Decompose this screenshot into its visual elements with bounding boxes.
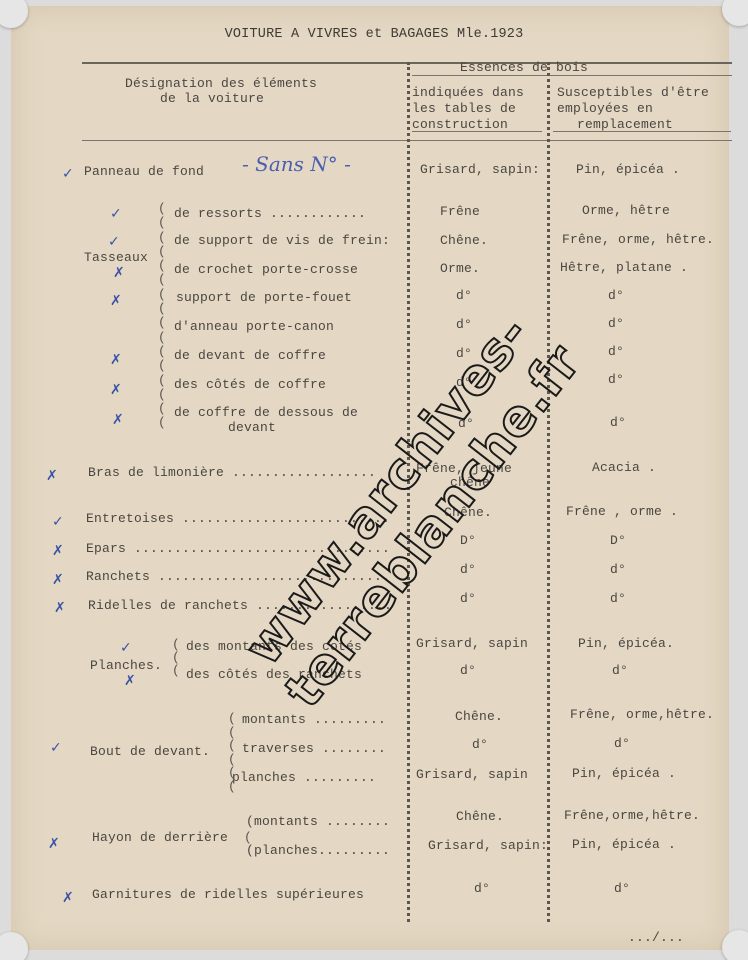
row-c3: Frêne , orme . xyxy=(566,504,678,519)
row-label: Panneau de fond xyxy=(84,164,204,179)
row-label: des côtés de coffre xyxy=(174,377,326,392)
x-mark: ✗ xyxy=(48,836,60,852)
row-c3: Pin, épicéa. xyxy=(578,636,674,651)
row-c3: Pin, épicéa . xyxy=(576,162,680,177)
row-c2: d° xyxy=(456,317,472,332)
row-label: Bras de limonière .................. xyxy=(88,465,376,480)
row-label: d'anneau porte-canon xyxy=(174,319,334,334)
row-c2: d° xyxy=(460,562,476,577)
row-c2: Grisard, sapin: xyxy=(420,162,540,177)
row-c2: Orme. xyxy=(440,261,480,276)
row-label: (planches......... xyxy=(246,843,390,858)
header-col3-line1: Susceptibles d'être xyxy=(557,85,709,100)
x-mark: ✗ xyxy=(110,293,122,309)
row-c3: Pin, épicéa . xyxy=(572,766,676,781)
row-c3: Frêne, orme,hêtre. xyxy=(570,707,714,722)
row-c3: Pin, épicéa . xyxy=(572,837,676,852)
row-c3: Frêne,orme,hêtre. xyxy=(564,808,700,823)
row-label: support de porte-fouet xyxy=(176,290,352,305)
row-c2: Grisard, sapin xyxy=(416,767,528,782)
row-label: (montants ........ xyxy=(246,814,390,829)
row-c2: Chêne. xyxy=(456,809,504,824)
column-separator-2 xyxy=(547,62,553,922)
x-mark: ✗ xyxy=(62,890,74,906)
paper-clip-bottom-right xyxy=(722,930,748,960)
x-mark: ✗ xyxy=(54,600,66,616)
check-mark: ✓ xyxy=(52,514,64,530)
header-col3-line2: employées en xyxy=(557,101,653,116)
continuation-mark: .../... xyxy=(628,930,684,945)
header-group: Essences de bois xyxy=(460,60,588,75)
header-col2-line3: construction xyxy=(412,117,508,132)
check-mark: ✓ xyxy=(50,740,62,756)
check-mark: ✓ xyxy=(108,234,120,250)
row-c2: d° xyxy=(456,288,472,303)
row-c2: d° xyxy=(474,881,490,896)
row-label-cont: devant xyxy=(228,420,276,435)
row-c2: d° xyxy=(460,663,476,678)
row-c2: d° xyxy=(460,591,476,606)
row-c3: d° xyxy=(610,562,626,577)
row-c2: Frêne xyxy=(440,204,480,219)
row-label: de ressorts ............ xyxy=(174,206,366,221)
row-c2: d° xyxy=(472,737,488,752)
row-c3: d° xyxy=(610,415,626,430)
group-label-tasseaux: Tasseaux xyxy=(84,250,148,265)
row-c2: Grisard, sapin xyxy=(416,636,528,651)
row-c3: d° xyxy=(612,663,628,678)
tasseaux-brace: ( ( ( ( ( ( ( ( ( ( ( ( ( ( ( ( xyxy=(158,202,166,431)
group-label-planches: Planches. xyxy=(90,658,162,673)
header-col3-line3: remplacement xyxy=(577,117,673,132)
row-label: de crochet porte-crosse xyxy=(174,262,358,277)
x-mark: ✗ xyxy=(110,382,122,398)
row-label: de devant de coffre xyxy=(174,348,326,363)
row-label: Garnitures de ridelles supérieures xyxy=(92,887,364,902)
header-col2-line2: les tables de xyxy=(412,101,516,116)
x-mark: ✗ xyxy=(124,673,136,689)
row-c2: Grisard, sapin: xyxy=(428,838,548,853)
check-mark: ✓ xyxy=(120,640,132,656)
row-c2: Chêne. xyxy=(455,709,503,724)
planches-brace: ( ( ( xyxy=(172,638,180,677)
row-c3: d° xyxy=(610,591,626,606)
row-c2: Chêne. xyxy=(440,233,488,248)
x-mark: ✗ xyxy=(113,265,125,281)
group-rule xyxy=(412,75,732,76)
row-c3: d° xyxy=(608,344,624,359)
x-mark: ✗ xyxy=(112,412,124,428)
x-mark: ✗ xyxy=(46,468,58,484)
row-c2: D° xyxy=(460,533,476,548)
row-label: de support de vis de frein: xyxy=(174,233,390,248)
check-mark: ✓ xyxy=(110,206,122,222)
check-mark: ✓ xyxy=(62,166,74,182)
row-c3: d° xyxy=(608,372,624,387)
header-col2-line1: indiquées dans xyxy=(412,85,524,100)
row-c3: D° xyxy=(610,533,626,548)
x-mark: ✗ xyxy=(110,352,122,368)
x-mark: ✗ xyxy=(52,572,64,588)
row-c3: d° xyxy=(614,881,630,896)
header-col1-line1: Désignation des éléments xyxy=(125,76,317,91)
document-title: VOITURE A VIVRES et BAGAGES Mle.1923 xyxy=(0,27,748,42)
x-mark: ✗ xyxy=(52,543,64,559)
row-label: de coffre de dessous de xyxy=(174,405,358,420)
handwritten-note: - Sans N° - xyxy=(242,152,351,176)
header-col1-line2: de la voiture xyxy=(160,91,264,106)
row-c3: Acacia . xyxy=(592,460,656,475)
row-c3: d° xyxy=(614,736,630,751)
